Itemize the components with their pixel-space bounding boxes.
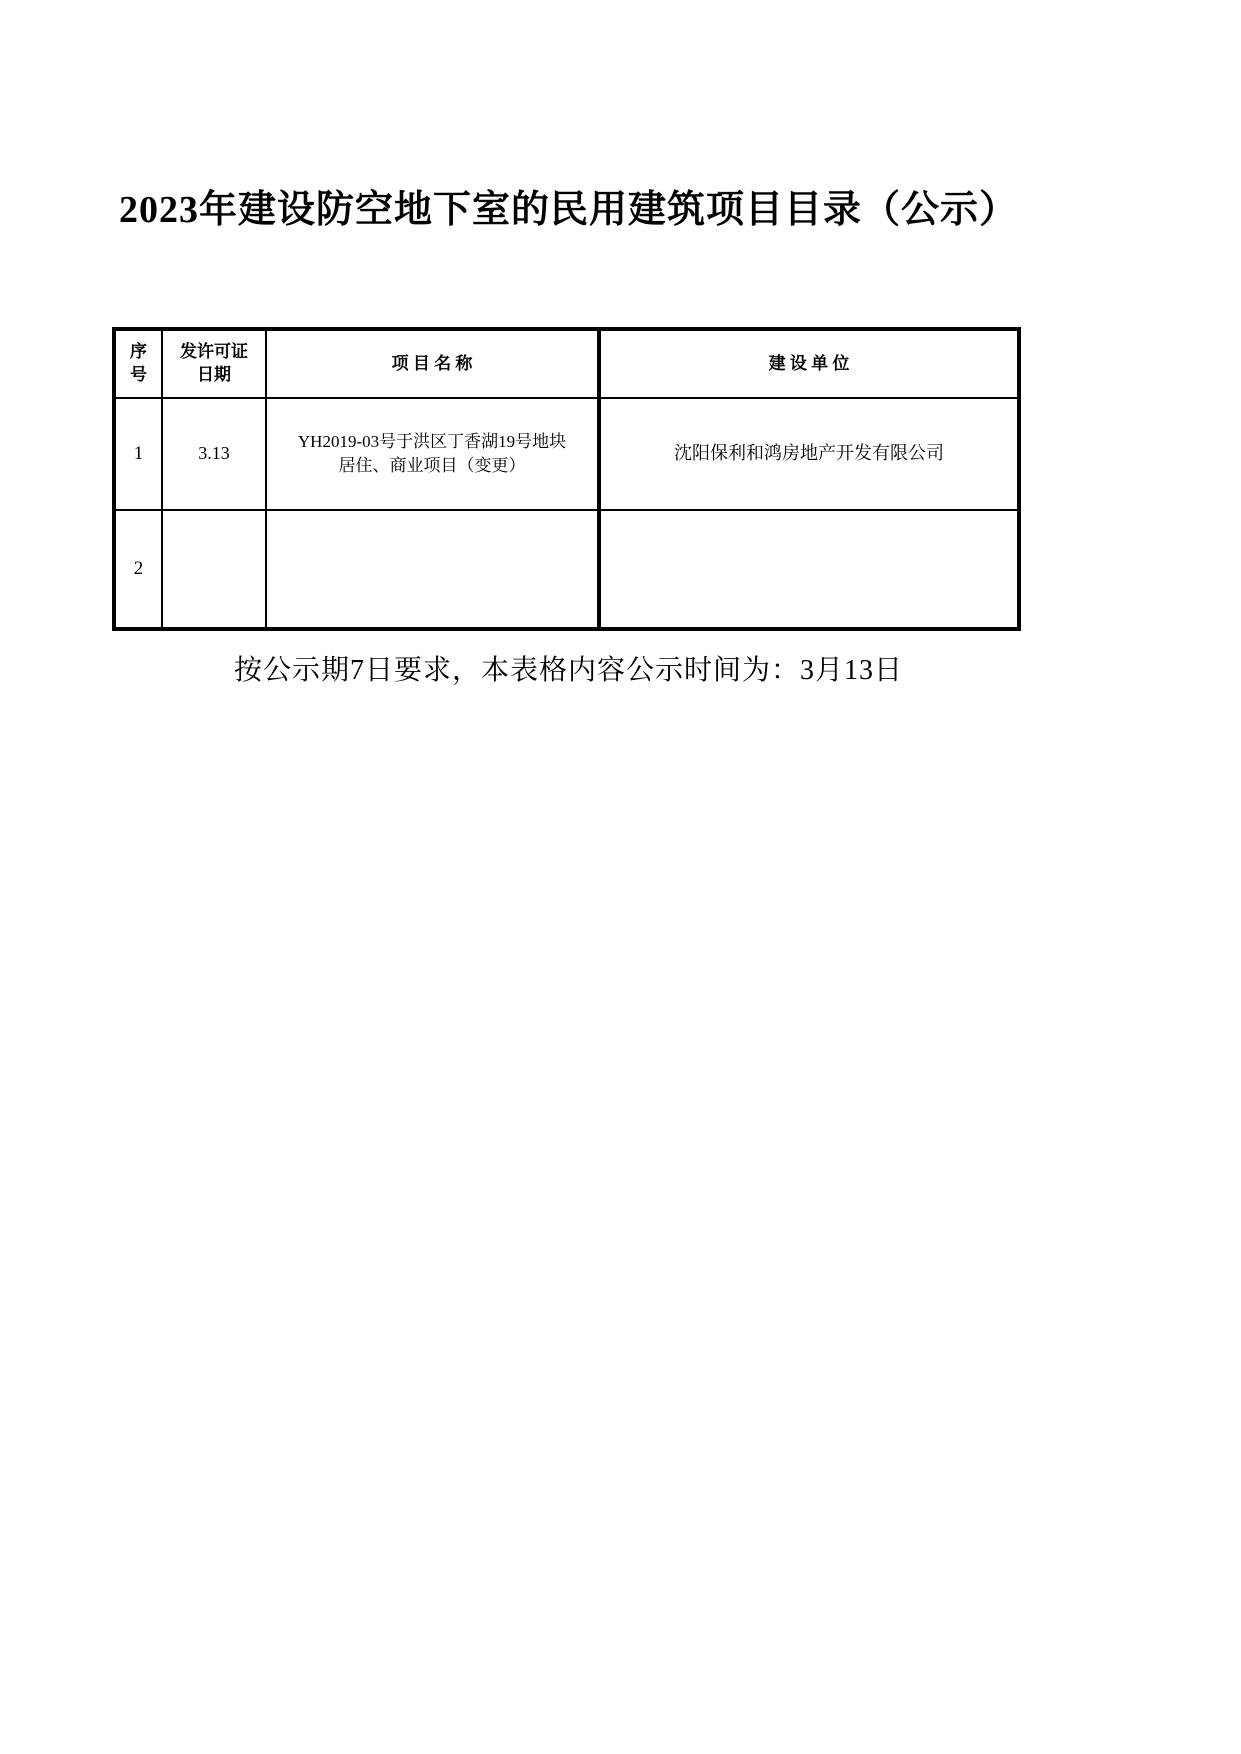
project-catalog-table: 序号 发许可证 日期 项 目 名 称 建 设 单 位 1 3.13 YH2019… [112, 327, 1021, 631]
cell-project-name: YH2019-03号于洪区丁香湖19号地块 居住、商业项目（变更） [266, 398, 599, 510]
header-builder: 建 设 单 位 [599, 329, 1019, 398]
cell-builder: 沈阳保利和鸿房地产开发有限公司 [599, 398, 1019, 510]
table-row: 1 3.13 YH2019-03号于洪区丁香湖19号地块 居住、商业项目（变更）… [114, 398, 1019, 510]
footer-note: 按公示期7日要求，本表格内容公示时间为：3月13日 [112, 648, 1025, 688]
page-title: 2023年建设防空地下室的民用建筑项目目录（公示） [112, 188, 1025, 234]
cell-builder [599, 510, 1019, 629]
header-seq: 序号 [114, 329, 162, 398]
cell-permit-date: 3.13 [162, 398, 266, 510]
document-page: 2023年建设防空地下室的民用建筑项目目录（公示） 序号 发许可证 日期 项 目… [0, 0, 1241, 1754]
cell-seq: 1 [114, 398, 162, 510]
cell-seq: 2 [114, 510, 162, 629]
header-permit-date: 发许可证 日期 [162, 329, 266, 398]
header-project-name: 项 目 名 称 [266, 329, 599, 398]
cell-permit-date [162, 510, 266, 629]
cell-project-name [266, 510, 599, 629]
table-row: 2 [114, 510, 1019, 629]
table-header-row: 序号 发许可证 日期 项 目 名 称 建 设 单 位 [114, 329, 1019, 398]
